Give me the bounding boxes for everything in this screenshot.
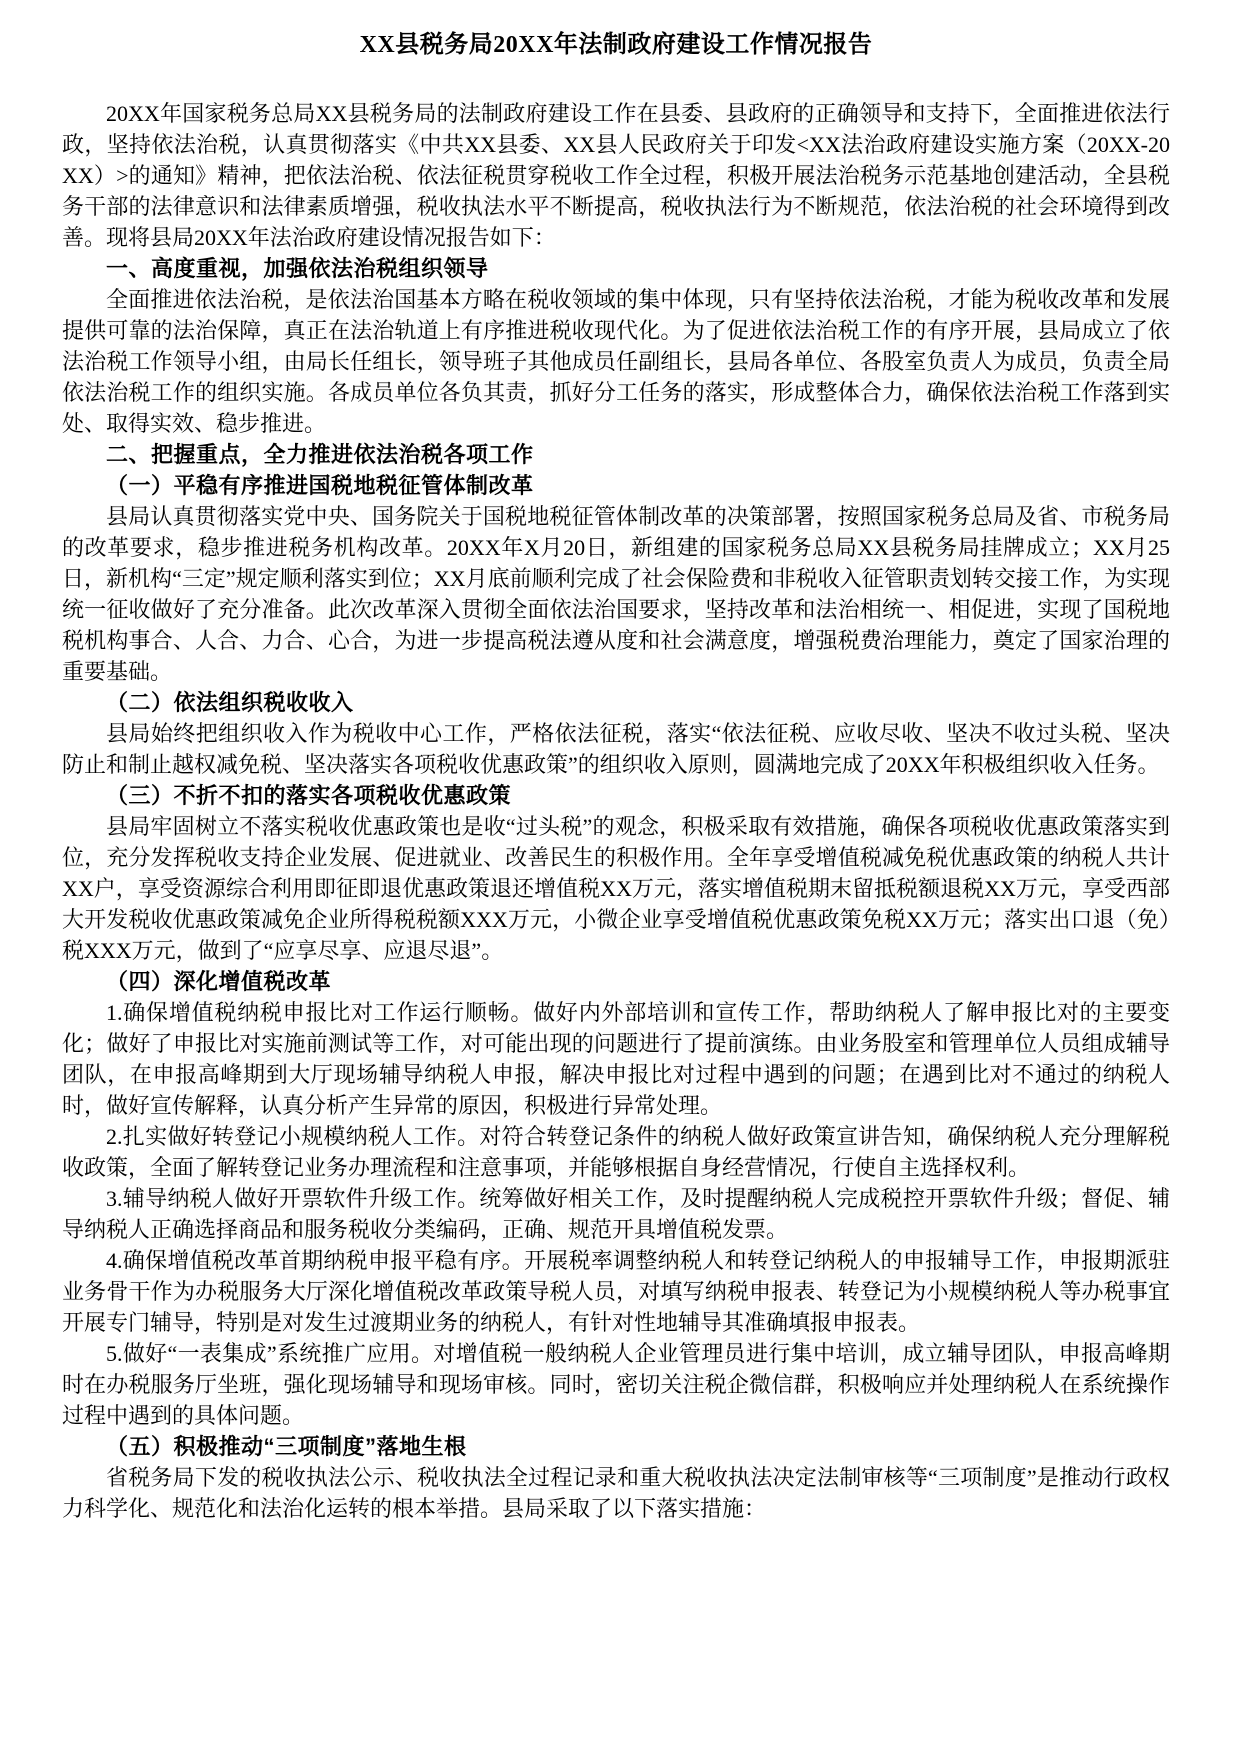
heading-sub-4: （四）深化增值税改革	[62, 966, 1170, 997]
paragraph-sub-4-item-4: 4.确保增值税改革首期纳税申报平稳有序。开展税率调整纳税人和转登记纳税人的申报辅…	[62, 1245, 1170, 1338]
paragraph-sub-1: 县局认真贯彻落实党中央、国务院关于国税地税征管体制改革的决策部署，按照国家税务总…	[62, 501, 1170, 687]
heading-sub-3: （三）不折不扣的落实各项税收优惠政策	[62, 780, 1170, 811]
paragraph-sub-2: 县局始终把组织收入作为税收中心工作，严格依法征税，落实“依法征税、应收尽收、坚决…	[62, 718, 1170, 780]
document-page: XX县税务局20XX年法制政府建设工作情况报告 20XX年国家税务总局XX县税务…	[0, 0, 1240, 1754]
heading-sub-5: （五）积极推动“三项制度”落地生根	[62, 1431, 1170, 1462]
document-title: XX县税务局20XX年法制政府建设工作情况报告	[62, 28, 1170, 62]
heading-sub-2: （二）依法组织税收收入	[62, 687, 1170, 718]
paragraph-sub-4-item-2: 2.扎实做好转登记小规模纳税人工作。对符合转登记条件的纳税人做好政策宣讲告知，确…	[62, 1121, 1170, 1183]
paragraph-chapter-1: 全面推进依法治税，是依法治国基本方略在税收领域的集中体现，只有坚持依法治税，才能…	[62, 284, 1170, 439]
paragraph-sub-3: 县局牢固树立不落实税收优惠政策也是收“过头税”的观念，积极采取有效措施，确保各项…	[62, 811, 1170, 966]
paragraph-sub-4-item-3: 3.辅导纳税人做好开票软件升级工作。统筹做好相关工作，及时提醒纳税人完成税控开票…	[62, 1183, 1170, 1245]
paragraph-intro: 20XX年国家税务总局XX县税务局的法制政府建设工作在县委、县政府的正确领导和支…	[62, 98, 1170, 253]
heading-chapter-1: 一、高度重视，加强依法治税组织领导	[62, 253, 1170, 284]
paragraph-sub-4-item-5: 5.做好“一表集成”系统推广应用。对增值税一般纳税人企业管理员进行集中培训，成立…	[62, 1338, 1170, 1431]
paragraph-sub-4-item-1: 1.确保增值税纳税申报比对工作运行顺畅。做好内外部培训和宣传工作，帮助纳税人了解…	[62, 997, 1170, 1121]
heading-chapter-2: 二、把握重点，全力推进依法治税各项工作	[62, 439, 1170, 470]
paragraph-sub-5: 省税务局下发的税收执法公示、税收执法全过程记录和重大税收执法决定法制审核等“三项…	[62, 1462, 1170, 1524]
heading-sub-1: （一）平稳有序推进国税地税征管体制改革	[62, 470, 1170, 501]
